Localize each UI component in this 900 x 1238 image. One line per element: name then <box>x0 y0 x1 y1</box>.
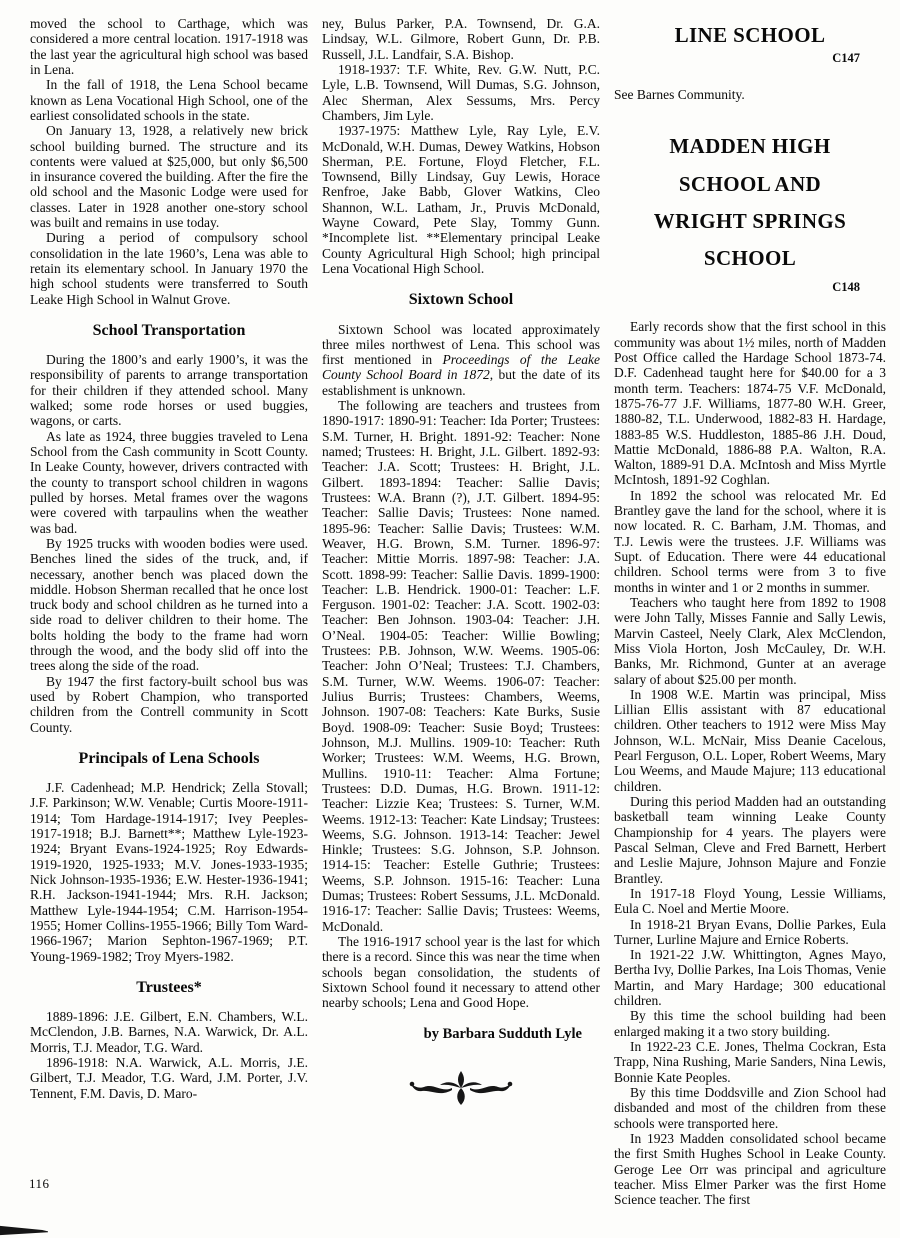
heading-line: MADDEN HIGH <box>614 128 886 165</box>
ornament-row <box>322 1070 600 1106</box>
heading-line: SCHOOL AND <box>614 166 886 203</box>
paragraph: By this time the school building had bee… <box>614 1008 886 1039</box>
paragraph: J.F. Cadenhead; M.P. Hendrick; Zella Sto… <box>30 780 308 964</box>
paragraph: By 1947 the first factory-built school b… <box>30 674 308 735</box>
reference-code-c148: C148 <box>614 280 860 296</box>
paragraph: The following are teachers and trustees … <box>322 398 600 934</box>
page-number: 116 <box>29 1176 50 1192</box>
left-column: moved the school to Carthage, which was … <box>30 16 308 1207</box>
article-heading-madden-wright-springs: MADDEN HIGH SCHOOL AND WRIGHT SPRINGS SC… <box>614 128 886 278</box>
fleuron-ornament-icon <box>405 1070 517 1106</box>
paragraph: During the 1800’s and early 1900’s, it w… <box>30 352 308 429</box>
three-column-layout: moved the school to Carthage, which was … <box>30 16 892 1207</box>
paragraph: During this period Madden had an outstan… <box>614 794 886 886</box>
paragraph: 1918-1937: T.F. White, Rev. G.W. Nutt, P… <box>322 62 600 123</box>
reference-code-c147: C147 <box>614 51 860 67</box>
book-page: moved the school to Carthage, which was … <box>0 0 900 1238</box>
paragraph: By this time Doddsville and Zion School … <box>614 1085 886 1131</box>
paragraph: Teachers who taught here from 1892 to 19… <box>614 595 886 687</box>
section-heading-principals: Principals of Lena Schools <box>30 749 308 768</box>
middle-column: ney, Bulus Parker, P.A. Townsend, Dr. G.… <box>322 16 600 1207</box>
paragraph: As late as 1924, three buggies traveled … <box>30 429 308 536</box>
paragraph: During a period of compulsory school con… <box>30 230 308 307</box>
paragraph: On January 13, 1928, a relatively new br… <box>30 123 308 230</box>
paragraph: By 1925 trucks with wooden bodies were u… <box>30 536 308 674</box>
paragraph: moved the school to Carthage, which was … <box>30 16 308 77</box>
paragraph: In 1917-18 Floyd Young, Lessie Williams,… <box>614 886 886 917</box>
section-heading-trustees: Trustees* <box>30 978 308 997</box>
paragraph: Sixtown School was located approximately… <box>322 322 600 399</box>
paragraph: In 1921-22 J.W. Whittington, Agnes Mayo,… <box>614 947 886 1008</box>
scan-edge-smudge <box>0 1225 48 1236</box>
paragraph: In 1892 the school was relocated Mr. Ed … <box>614 488 886 595</box>
section-heading-school-transportation: School Transportation <box>30 321 308 340</box>
author-byline: by Barbara Sudduth Lyle <box>322 1026 582 1042</box>
paragraph: 1896-1918: N.A. Warwick, A.L. Morris, J.… <box>30 1055 308 1101</box>
section-heading-sixtown-school: Sixtown School <box>322 290 600 309</box>
cross-reference-note: See Barnes Community. <box>614 87 886 102</box>
article-heading-line-school: LINE SCHOOL <box>614 22 886 49</box>
paragraph: The 1916-1917 school year is the last fo… <box>322 934 600 1011</box>
right-column: LINE SCHOOL C147 See Barnes Community. M… <box>614 16 886 1207</box>
paragraph: 1937-1975: Matthew Lyle, Ray Lyle, E.V. … <box>322 123 600 276</box>
paragraph: In 1922-23 C.E. Jones, Thelma Cockran, E… <box>614 1039 886 1085</box>
heading-line: WRIGHT SPRINGS <box>614 203 886 240</box>
paragraph: In 1923 Madden consolidated school becam… <box>614 1131 886 1208</box>
paragraph: In 1918-21 Bryan Evans, Dollie Parkes, E… <box>614 917 886 948</box>
paragraph: In 1908 W.E. Martin was principal, Miss … <box>614 687 886 794</box>
paragraph: 1889-1896: J.E. Gilbert, E.N. Chambers, … <box>30 1009 308 1055</box>
paragraph: In the fall of 1918, the Lena School bec… <box>30 77 308 123</box>
paragraph: Early records show that the first school… <box>614 319 886 487</box>
heading-line: SCHOOL <box>614 240 886 277</box>
paragraph: ney, Bulus Parker, P.A. Townsend, Dr. G.… <box>322 16 600 62</box>
